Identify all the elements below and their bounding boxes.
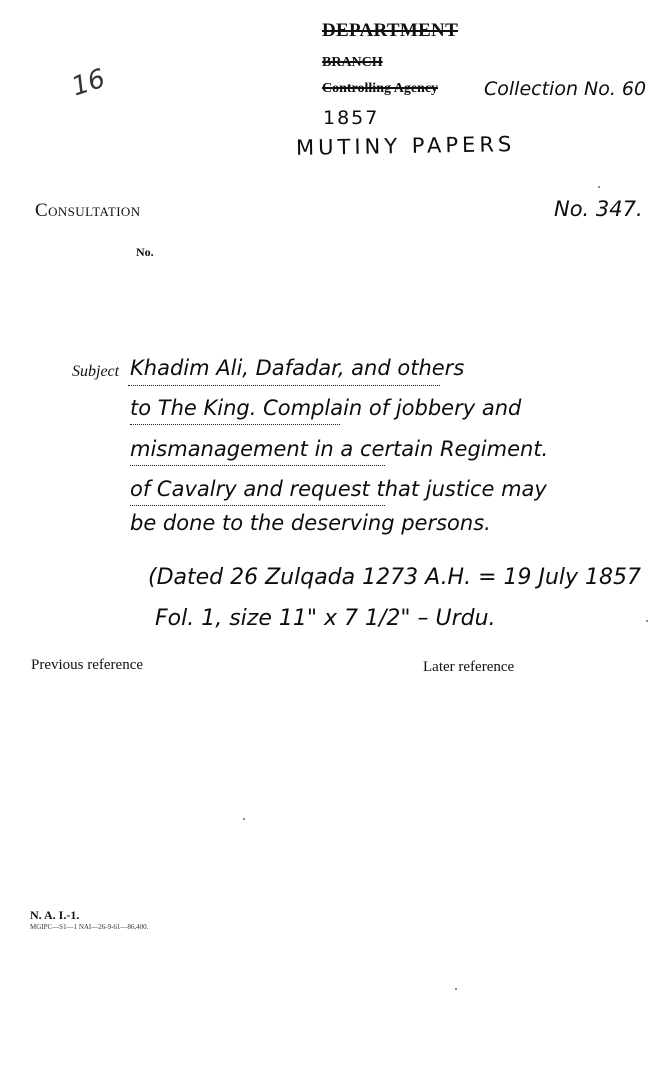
dated-note: (Dated 26 Zulqada 1273 A.H. = 19 July 18… xyxy=(148,565,641,590)
subject-line-2: to The King. Complain of jobbery and xyxy=(130,396,521,420)
year-annotation: 1857 xyxy=(323,107,379,129)
scan-speck xyxy=(598,186,600,188)
printer-line: MGIPC—S1—1 NAI—26-9-61—86,400. xyxy=(30,923,148,931)
collection-title: MUTINY PAPERS xyxy=(296,132,516,160)
subject-dotted-line xyxy=(130,465,385,466)
previous-reference-label: Previous reference xyxy=(31,657,143,674)
subject-dotted-line xyxy=(128,385,440,386)
subject-line-3: mismanagement in a certain Regiment. xyxy=(130,437,548,461)
subject-dotted-line xyxy=(130,424,340,425)
subject-dotted-line xyxy=(130,505,385,506)
scan-speck xyxy=(455,988,457,990)
later-reference-label: Later reference xyxy=(423,659,514,676)
controlling-agency-label: Controlling Agency xyxy=(322,81,438,97)
margin-mark: 16 xyxy=(68,64,109,103)
subject-label: Subject xyxy=(72,363,119,381)
collection-number: Collection No. 60 xyxy=(484,78,646,100)
folio-note: Fol. 1, size 11" x 7 1/2" – Urdu. xyxy=(155,606,496,631)
consultation-no-label: No. xyxy=(136,245,154,260)
scan-speck xyxy=(646,620,648,622)
consultation-number: No. 347. xyxy=(554,197,643,221)
subject-line-5: be done to the deserving persons. xyxy=(130,511,491,535)
branch-heading: BRANCH xyxy=(322,55,383,71)
consultation-label: Consultation xyxy=(35,200,141,222)
scan-speck xyxy=(243,818,245,820)
form-code: N. A. I.-1. xyxy=(30,908,79,923)
subject-line-1: Khadim Ali, Dafadar, and others xyxy=(130,356,464,380)
department-heading: DEPARTMENT xyxy=(322,20,458,42)
subject-line-4: of Cavalry and request that justice may xyxy=(130,477,547,501)
